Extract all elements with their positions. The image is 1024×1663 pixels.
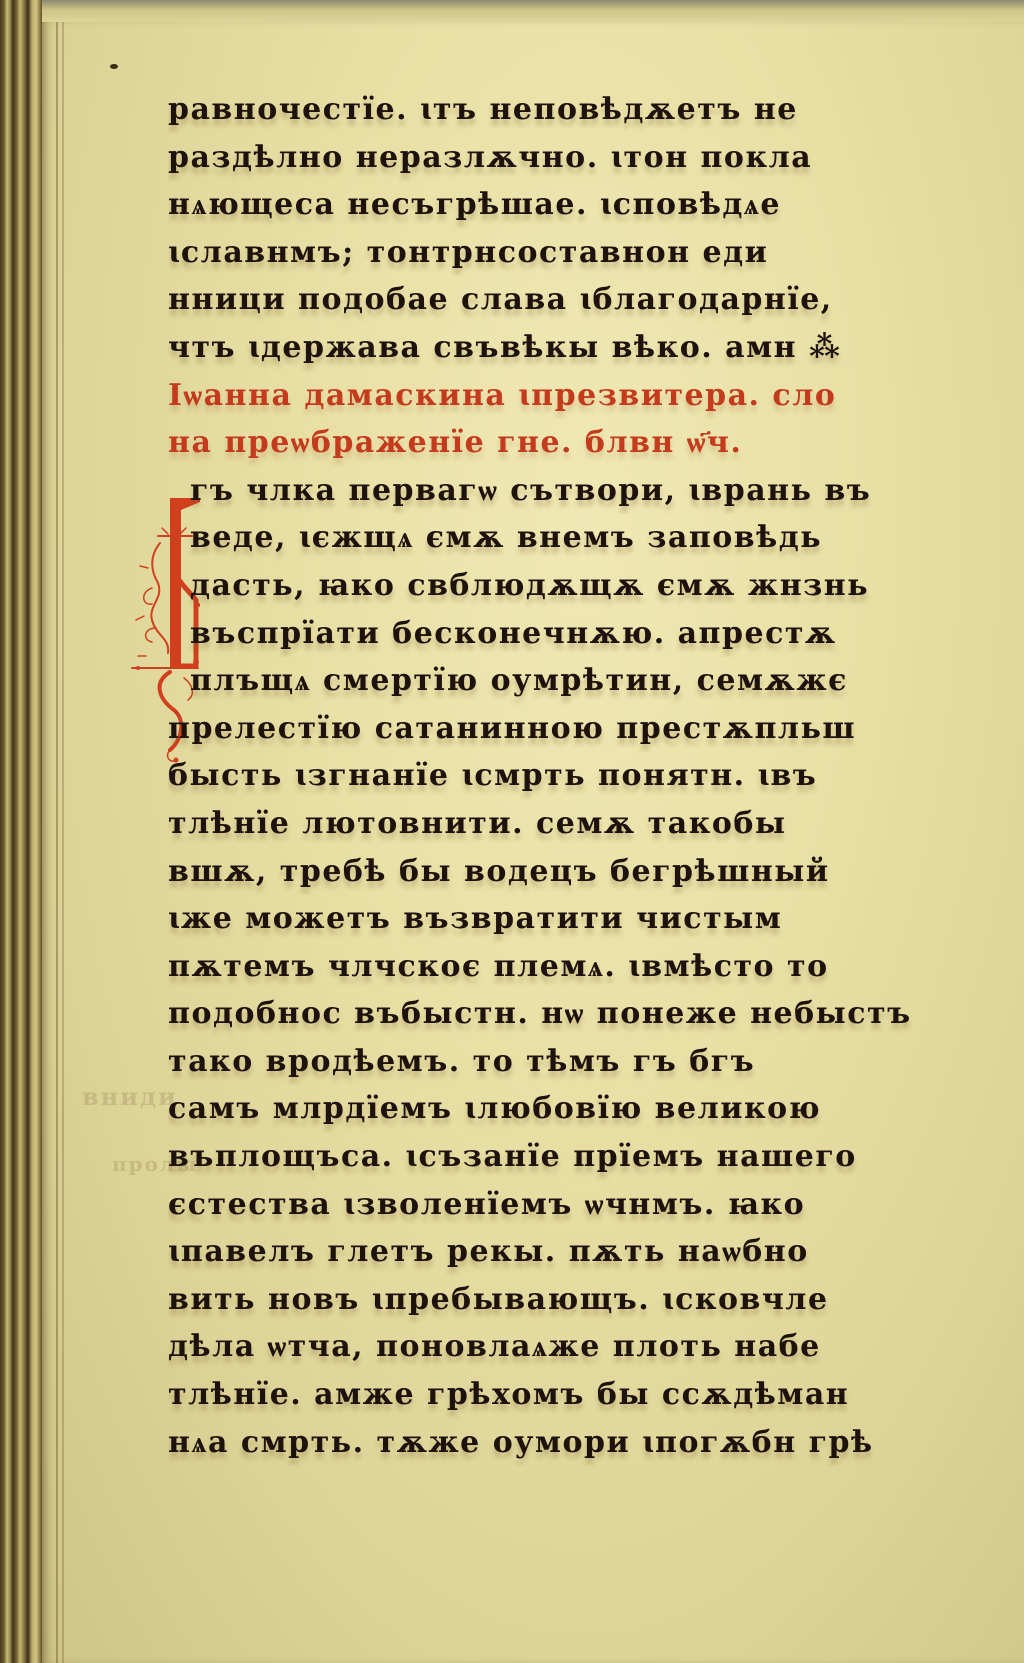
- rubric-title-line: Іѡанна дамаскина ꙇпрезвитера. сло: [168, 372, 948, 420]
- text-line: въплощъса. ꙇсъзанїе прїемъ нашего: [168, 1133, 948, 1181]
- rubric-title-line: на преѡбраженїе гне. блвн ѡ҃ч.: [168, 419, 948, 467]
- text-line: вить новъ ꙇпребывающъ. ꙇсковчле: [168, 1276, 948, 1324]
- book-binding-edge: [0, 0, 42, 1663]
- text-line: вшѫ, требѣ бы водецъ бегрѣшный: [168, 848, 948, 896]
- text-line: прелестїю сатанинною престѫпльш: [168, 705, 948, 753]
- text-line: дѣла ѡтча, поновлаѧже плоть набе: [168, 1323, 948, 1371]
- text-line: ꙇже можетъ възвратити чистым: [168, 895, 948, 943]
- text-line: веде, ꙇєжщѧ ємѫ внемъ заповѣдь: [168, 514, 948, 562]
- text-line: подобнос въбыстн. нѡ понеже небыстъ: [168, 990, 948, 1038]
- text-line: нѧющеса несъгрѣшае. ꙇсповѣдѧе: [168, 181, 948, 229]
- ink-spot: [110, 64, 118, 69]
- text-line: тако вродѣемъ. то тѣмъ гъ бгъ: [168, 1038, 948, 1086]
- manuscript-text: равночестїе. ꙇтъ неповѣдѫетъ не раздѣлно…: [168, 86, 948, 1466]
- text-line: чтъ ꙇдержава свъвѣкы вѣко. амн ⁂: [168, 324, 948, 372]
- margin-rule: [56, 22, 58, 1663]
- text-line: бысть ꙇзгнанїе ꙇсмрть понятн. ꙇвъ: [168, 752, 948, 800]
- text-line: єстества ꙇзволенїемъ ѡчнмъ. ꙗко: [168, 1181, 948, 1229]
- text-line: пѫтемъ члчскоє племѧ. ꙇвмѣсто то: [168, 943, 948, 991]
- text-line: нѧа смрть. тѫже оумори ꙇпогѫбн грѣ: [168, 1419, 948, 1467]
- manuscript-photo: вниди пролы: [0, 0, 1024, 1663]
- text-line: дасть, ꙗко свблюдѫщѫ ємѫ жнзнь: [168, 562, 948, 610]
- book-top-edge: [0, 0, 1024, 24]
- text-line: раздѣлно неразлѫчно. ꙇтон покла: [168, 134, 948, 182]
- text-line: плъщѧ смертїю оумрѣтин, семѫжє: [168, 657, 948, 705]
- text-line: равночестїе. ꙇтъ неповѣдѫетъ не: [168, 86, 948, 134]
- text-line: тлѣнїе лютовнити. семѫ такобы: [168, 800, 948, 848]
- text-line: нници подобае слава ꙇблагодарнїе,: [168, 276, 948, 324]
- bleed-through-text: вниди: [82, 1082, 178, 1111]
- text-line: ꙇславнмъ; тонтрнсоставнон еди: [168, 229, 948, 277]
- text-line: тлѣнїе. амже грѣхомъ бы ссѫдѣман: [168, 1371, 948, 1419]
- text-line: въспрїати бесконечнѫю. апрестѫ: [168, 610, 948, 658]
- text-line: ꙇпавелъ глетъ рекы. пѫть наѡбно: [168, 1228, 948, 1276]
- text-line: гъ члка первагѡ сътвори, ꙇврань въ: [168, 467, 948, 515]
- text-line: самъ млрдїемъ ꙇлюбовїю великою: [168, 1085, 948, 1133]
- margin-rule: [62, 22, 64, 1663]
